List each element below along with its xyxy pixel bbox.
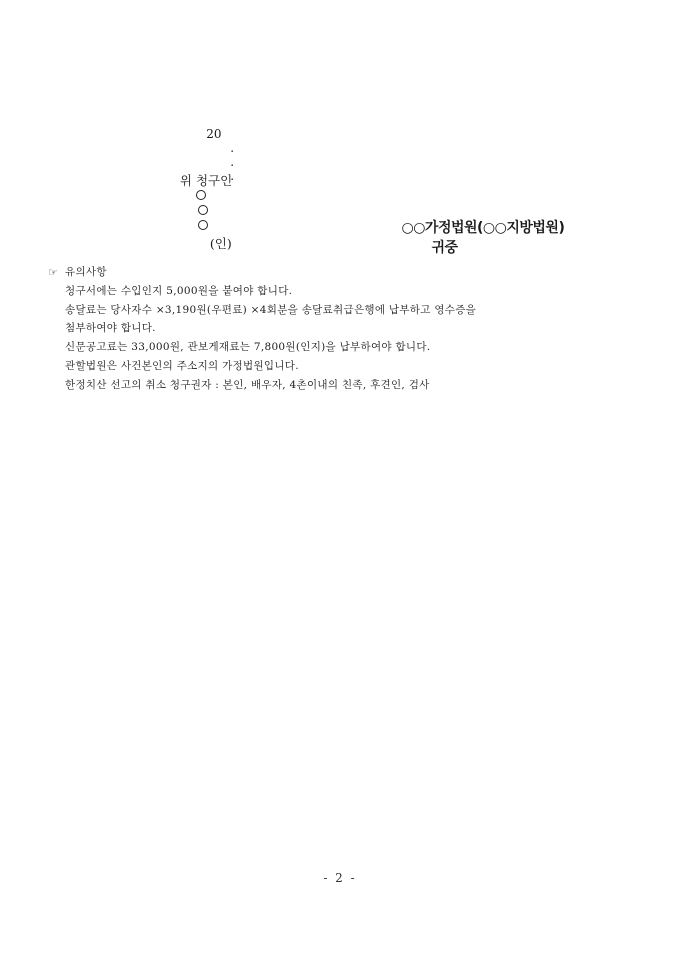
claimant-label: 위 청구인 — [180, 173, 232, 188]
claimant-signature-line: 위 청구인 (인) — [164, 156, 232, 267]
name-placeholder-circle-icon — [198, 205, 208, 215]
seal-mark: (인) — [210, 236, 232, 251]
notes-item: 한정치산 선고의 취소 청구권자 : 본인, 배우자, 4촌이내의 친족, 후견… — [48, 376, 476, 395]
notes-heading-label: 유의사항 — [65, 263, 107, 282]
name-placeholder-circle-icon — [196, 190, 206, 200]
name-placeholder-circle-icon — [198, 220, 208, 230]
pointing-hand-icon: ☞ — [48, 267, 62, 278]
honorific: 귀중 — [432, 240, 458, 256]
notes-item: 신문공고료는 33,000원, 관보게재료는 7,800원(인지)을 납부하여야… — [48, 338, 476, 357]
date-separator-year: . — [230, 141, 234, 155]
date-year-prefix: 20 — [206, 127, 221, 141]
notes-item: 청구서에는 수입인지 5,000원을 붙여야 합니다. — [48, 282, 476, 301]
page-number: - 2 - — [0, 871, 680, 885]
court-name: ○○가정법원(○○지방법원) — [402, 220, 565, 236]
notes-section: ☞ 유의사항 청구서에는 수입인지 5,000원을 붙여야 합니다. 송달료는 … — [48, 263, 476, 395]
notes-item: 송달료는 당사자수 ×3,190원(우편료) ×4회분을 송달료취급은행에 납부… — [48, 301, 476, 320]
notes-item: 첨부하여야 합니다. — [48, 319, 476, 338]
document-page: 20 . . . 위 청구인 (인) ○○가정법원(○○지방법원) 귀중 ☞ 유… — [0, 0, 680, 962]
notes-item: 관할법원은 사건본인의 주소지의 가정법원입니다. — [48, 357, 476, 376]
notes-heading: ☞ 유의사항 — [48, 263, 476, 282]
